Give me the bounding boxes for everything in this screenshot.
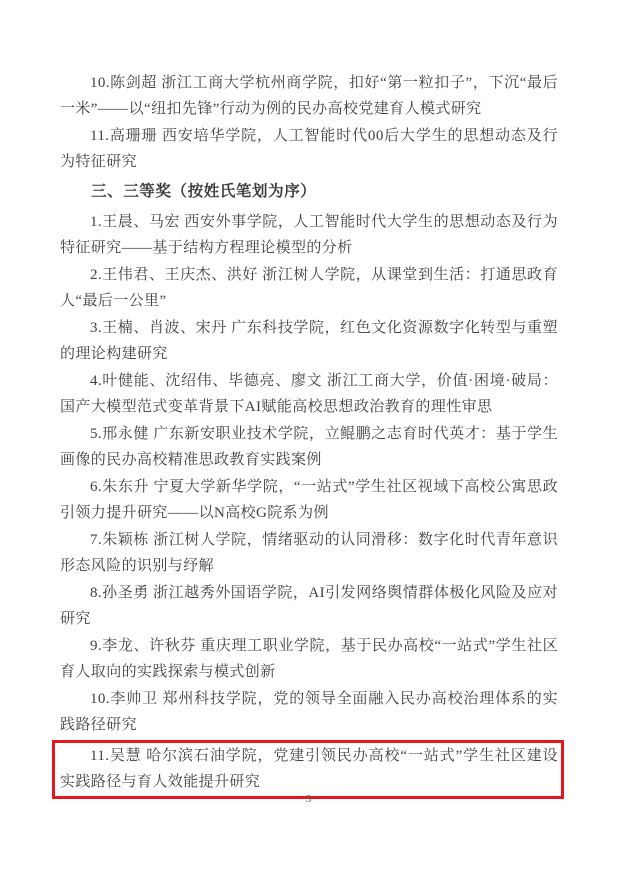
list-item-9: 9.李龙、许秋芬 重庆理工职业学院，基于民办高校“一站式”学生社区育人取向的实践… bbox=[60, 633, 558, 685]
page-number: 3 bbox=[0, 792, 617, 806]
list-item-6: 6.朱东升 宁夏大学新华学院，“一站式”学生社区视域下高校公寓思政引领力提升研究… bbox=[60, 474, 558, 526]
list-item-8: 8.孙圣勇 浙江越秀外国语学院，AI引发网络舆情群体极化风险及应对研究 bbox=[60, 580, 558, 632]
list-item-3: 3.王楠、肖波、宋丹 广东科技学院，红色文化资源数字化转型与重塑的理论构建研究 bbox=[60, 315, 558, 367]
document-content: 10.陈剑超 浙江工商大学杭州商学院，扣好“第一粒扣子”，下沉“最后一米”——以… bbox=[60, 70, 558, 799]
list-item-10: 10.李帅卫 郑州科技学院，党的领导全面融入民办高校治理体系的实践路径研究 bbox=[60, 686, 558, 738]
list-item-prev-10: 10.陈剑超 浙江工商大学杭州商学院，扣好“第一粒扣子”，下沉“最后一米”——以… bbox=[60, 70, 558, 122]
section-heading: 三、三等奖（按姓氏笔划为序） bbox=[60, 179, 558, 205]
list-item-1: 1.王晨、马宏 西安外事学院，人工智能时代大学生的思想动态及行为特征研究——基于… bbox=[60, 209, 558, 261]
list-item-4: 4.叶健能、沈绍伟、毕德亮、廖文 浙江工商大学，价值·困境·破局：国产大模型范式… bbox=[60, 368, 558, 420]
list-item-7: 7.朱颖栋 浙江树人学院，情绪驱动的认同滑移：数字化时代青年意识形态风险的识别与… bbox=[60, 527, 558, 579]
list-item-prev-11: 11.高珊珊 西安培华学院，人工智能时代00后大学生的思想动态及行为特征研究 bbox=[60, 123, 558, 175]
list-item-5: 5.邢永健 广东新安职业技术学院，立鲲鹏之志育时代英才：基于学生画像的民办高校精… bbox=[60, 421, 558, 473]
highlight-box: 11.吴慧 哈尔滨石油学院，党建引领民办高校“一站式”学生社区建设实践路径与育人… bbox=[52, 740, 564, 799]
list-item-11-highlighted: 11.吴慧 哈尔滨石油学院，党建引领民办高校“一站式”学生社区建设实践路径与育人… bbox=[60, 743, 558, 795]
list-item-2: 2.王伟君、王庆杰、洪好 浙江树人学院，从课堂到生活：打通思政育人“最后一公里” bbox=[60, 262, 558, 314]
document-page: 10.陈剑超 浙江工商大学杭州商学院，扣好“第一粒扣子”，下沉“最后一米”——以… bbox=[0, 0, 617, 873]
